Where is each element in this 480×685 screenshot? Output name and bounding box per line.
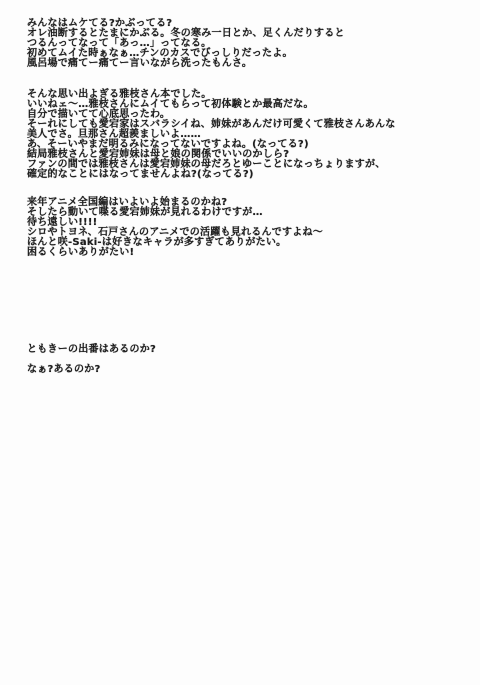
paragraph-tomoki-question: ともきーの出番はあるのか? <box>27 345 156 355</box>
text-line: 風呂場で痛てー痛てー言いながら洗ったもんさ。 <box>27 59 345 69</box>
text-line: 困るくらいありがたい! <box>27 248 323 258</box>
text-line: 確定的なことにはなってませんよね?(なってる?) <box>27 170 396 180</box>
paragraph-anime: 来年アニメ全国編はいよいよ始まるのかね? そしたら動いて喋る愛宕姉妹が見れるわけ… <box>27 198 323 258</box>
afterword-page: みんなはムケてる?かぶってる? オレ油断するとたまにかぶる。冬の寒み一日とか、足… <box>0 0 480 685</box>
paragraph-book-comments: そんな思い出よぎる雅枝さん本でした。 いいねェ〜…雅枝さんにムイてもらって初体験… <box>27 90 396 180</box>
text-line: ともきーの出番はあるのか? <box>27 345 156 355</box>
text-line: なぁ?あるのか? <box>27 365 101 375</box>
paragraph-memories: みんなはムケてる?かぶってる? オレ油断するとたまにかぶる。冬の寒み一日とか、足… <box>27 19 345 69</box>
paragraph-naa-question: なぁ?あるのか? <box>27 365 101 375</box>
